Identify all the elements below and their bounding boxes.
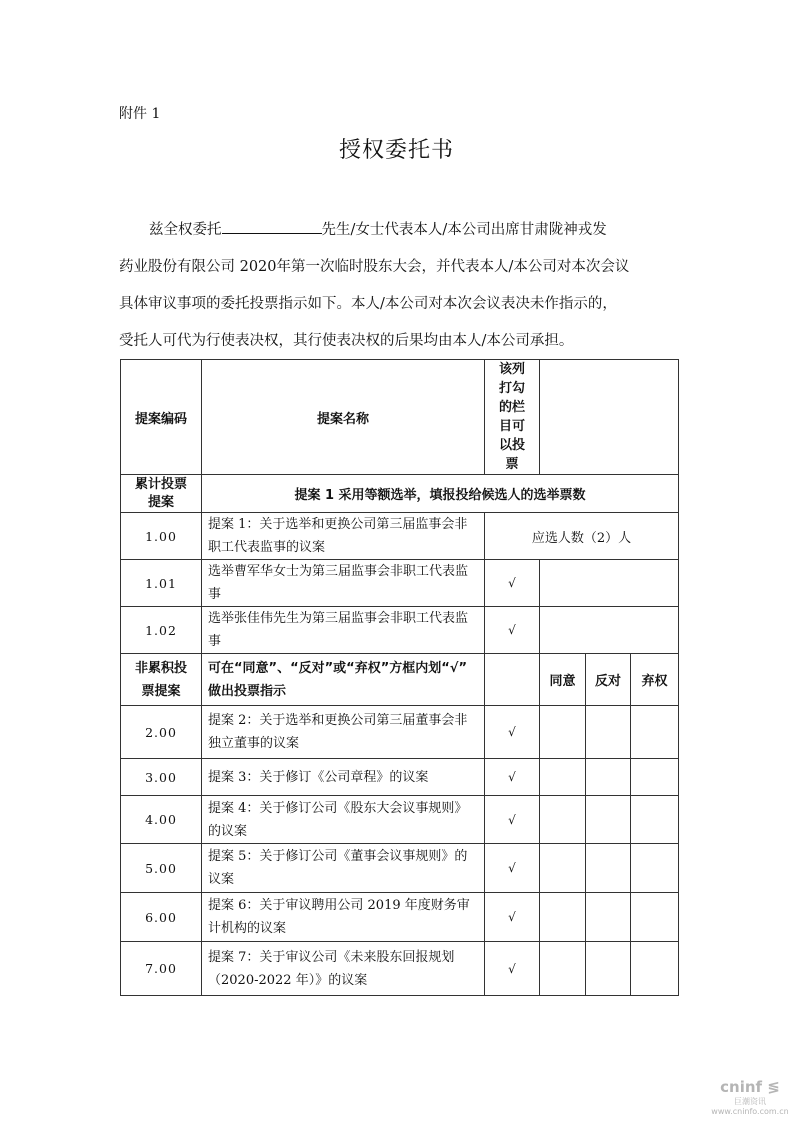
intro-line-4: 受托人可代为行使表决权，其行使表决权的后果均由本人/本公司承担。 <box>119 323 679 360</box>
agree-box[interactable] <box>540 893 586 942</box>
agree-box[interactable] <box>540 844 586 893</box>
intro-line-2: 药业股份有限公司 2020年第一次临时股东大会，并代表本人/本公司对本次会议 <box>119 249 679 286</box>
proposal-name: 提案 3：关于修订《公司章程》的议案 <box>202 759 485 796</box>
checkable-mark: √ <box>485 844 540 893</box>
oppose-box[interactable] <box>586 796 631 844</box>
proposal-code: 4.00 <box>121 796 202 844</box>
intro-line-3: 具体审议事项的委托投票指示如下。本人/本公司对本次会议表决未作指示的， <box>119 286 679 323</box>
table-row: 3.00 提案 3：关于修订《公司章程》的议案 √ <box>121 759 679 796</box>
oppose-box[interactable] <box>586 706 631 759</box>
proposal-code: 7.00 <box>121 942 202 996</box>
proposal-name: 提案 2：关于选举和更换公司第三届董事会非独立董事的议案 <box>202 706 485 759</box>
oppose-box[interactable] <box>586 759 631 796</box>
abstain-box[interactable] <box>631 844 679 893</box>
column-agree: 同意 <box>540 654 586 706</box>
proposal-code: 1.01 <box>121 560 202 607</box>
table-row: 2.00 提案 2：关于选举和更换公司第三届董事会非独立董事的议案 √ <box>121 706 679 759</box>
proposal-code: 2.00 <box>121 706 202 759</box>
empty-cell <box>485 654 540 706</box>
proposal-name: 选举曹军华女士为第三届监事会非职工代表监事 <box>202 560 485 607</box>
table-row: 4.00 提案 4：关于修订公司《股东大会议事规则》的议案 √ <box>121 796 679 844</box>
abstain-box[interactable] <box>631 796 679 844</box>
proposal-code: 5.00 <box>121 844 202 893</box>
oppose-box[interactable] <box>586 942 631 996</box>
header-name: 提案名称 <box>202 360 485 475</box>
abstain-box[interactable] <box>631 706 679 759</box>
non-cumulative-instruction: 可在“同意”、“反对”或“弃权”方框内划“√” 做出投票指示 <box>202 654 485 706</box>
elect-quota: 应选人数（2）人 <box>485 513 679 560</box>
table-row: 7.00 提案 7：关于审议公司《未来股东回报规划（2020-2022 年）》的… <box>121 942 679 996</box>
table-row: 1.00 提案 1：关于选举和更换公司第三届监事会非职工代表监事的议案 应选人数… <box>121 513 679 560</box>
proposal-code: 3.00 <box>121 759 202 796</box>
voting-table: 提案编码 提案名称 该列打勾的栏目可以投票 累计投票提案 提案 1 采用等额选举… <box>120 359 679 996</box>
proposal-code: 1.02 <box>121 607 202 654</box>
column-abstain: 弃权 <box>631 654 679 706</box>
agree-box[interactable] <box>540 796 586 844</box>
checkable-mark: √ <box>485 706 540 759</box>
document-title: 授权委托书 <box>0 133 793 164</box>
non-cumulative-section-row: 非累积投票提案 可在“同意”、“反对”或“弃权”方框内划“√” 做出投票指示 同… <box>121 654 679 706</box>
proposal-name: 提案 1：关于选举和更换公司第三届监事会非职工代表监事的议案 <box>202 513 485 560</box>
column-oppose: 反对 <box>586 654 631 706</box>
cninfo-watermark: cninf ≶ 巨潮资讯 www.cninfo.com.cn <box>700 1078 793 1116</box>
abstain-box[interactable] <box>631 942 679 996</box>
agree-box[interactable] <box>540 759 586 796</box>
cumulative-instruction: 提案 1 采用等额选举，填报投给候选人的选举票数 <box>202 475 679 513</box>
cninfo-logo: cninf ≶ <box>700 1078 793 1096</box>
attachment-label: 附件 1 <box>119 103 160 123</box>
proposal-name: 提案 6：关于审议聘用公司 2019 年度财务审计机构的议案 <box>202 893 485 942</box>
checkable-mark: √ <box>485 942 540 996</box>
checkable-mark: √ <box>485 607 540 654</box>
agree-box[interactable] <box>540 942 586 996</box>
cninfo-swirl-icon: ≶ <box>767 1078 780 1096</box>
table-row: 1.02 选举张佳伟先生为第三届监事会非职工代表监事 √ <box>121 607 679 654</box>
agree-box[interactable] <box>540 706 586 759</box>
intro-text: 兹全权委托 <box>149 222 222 238</box>
header-checkable: 该列打勾的栏目可以投票 <box>485 360 540 475</box>
intro-line-1: 兹全权委托先生/女士代表本人/本公司出席甘肃陇神戎发 <box>119 212 679 249</box>
cumulative-label: 累计投票提案 <box>121 475 202 513</box>
intro-text: 先生/女士代表本人/本公司出席甘肃陇神戎发 <box>322 222 607 238</box>
cumulative-section-row: 累计投票提案 提案 1 采用等额选举，填报投给候选人的选举票数 <box>121 475 679 513</box>
vote-count-cell[interactable] <box>540 607 679 654</box>
vote-count-cell[interactable] <box>540 560 679 607</box>
abstain-box[interactable] <box>631 893 679 942</box>
non-cumulative-label: 非累积投票提案 <box>121 654 202 706</box>
checkable-mark: √ <box>485 759 540 796</box>
checkable-mark: √ <box>485 893 540 942</box>
proposal-name: 提案 5：关于修订公司《董事会议事规则》的议案 <box>202 844 485 893</box>
header-code: 提案编码 <box>121 360 202 475</box>
oppose-box[interactable] <box>586 893 631 942</box>
cninfo-cn-name: 巨潮资讯 <box>700 1096 793 1107</box>
intro-paragraph: 兹全权委托先生/女士代表本人/本公司出席甘肃陇神戎发 药业股份有限公司 2020… <box>119 212 679 360</box>
header-empty <box>540 360 679 475</box>
proposal-code: 6.00 <box>121 893 202 942</box>
proposal-name: 选举张佳伟先生为第三届监事会非职工代表监事 <box>202 607 485 654</box>
table-row: 5.00 提案 5：关于修订公司《董事会议事规则》的议案 √ <box>121 844 679 893</box>
checkable-mark: √ <box>485 560 540 607</box>
abstain-box[interactable] <box>631 759 679 796</box>
cninfo-url: www.cninfo.com.cn <box>700 1107 793 1116</box>
proposal-name: 提案 7：关于审议公司《未来股东回报规划（2020-2022 年）》的议案 <box>202 942 485 996</box>
proxy-name-blank[interactable] <box>222 219 322 234</box>
table-header-row: 提案编码 提案名称 该列打勾的栏目可以投票 <box>121 360 679 475</box>
table-row: 1.01 选举曹军华女士为第三届监事会非职工代表监事 √ <box>121 560 679 607</box>
proposal-code: 1.00 <box>121 513 202 560</box>
checkable-mark: √ <box>485 796 540 844</box>
table-row: 6.00 提案 6：关于审议聘用公司 2019 年度财务审计机构的议案 √ <box>121 893 679 942</box>
oppose-box[interactable] <box>586 844 631 893</box>
proposal-name: 提案 4：关于修订公司《股东大会议事规则》的议案 <box>202 796 485 844</box>
